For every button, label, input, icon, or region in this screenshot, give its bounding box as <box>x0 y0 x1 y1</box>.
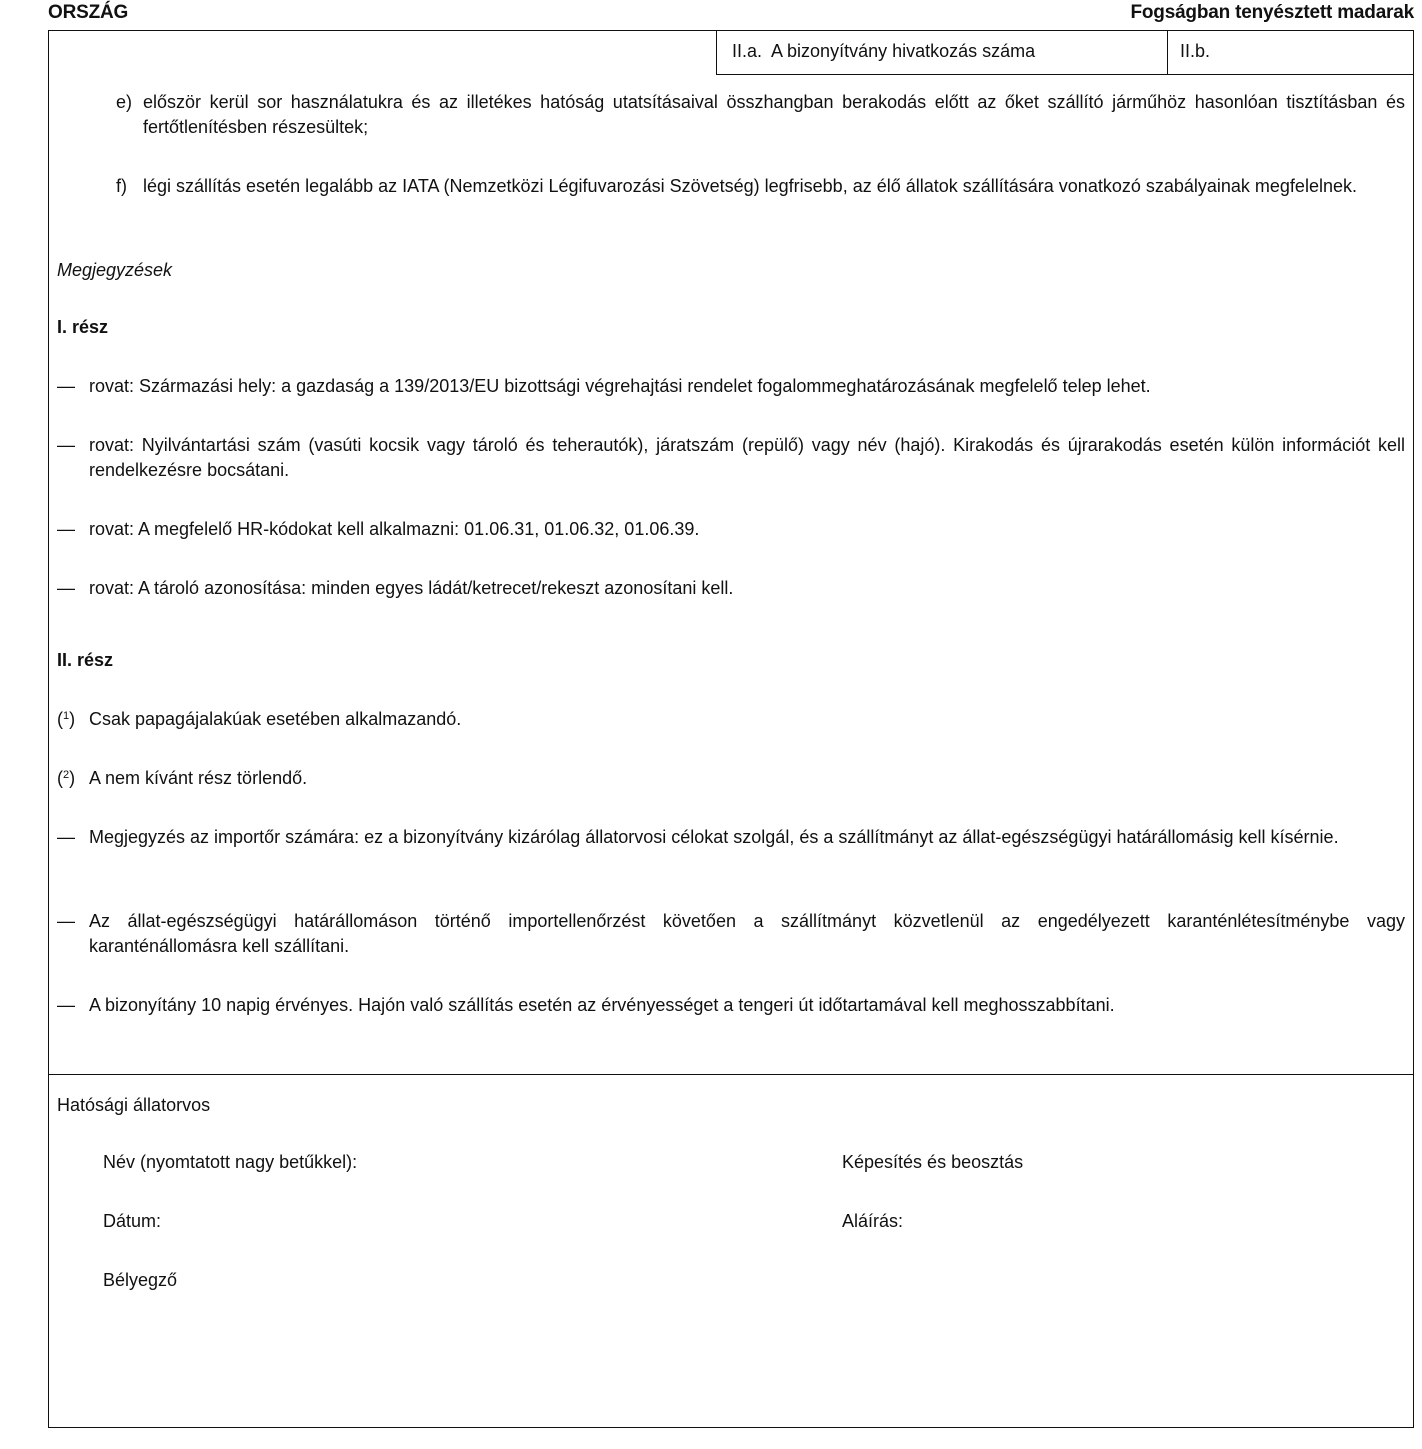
condition-text: először kerül sor használatukra és az il… <box>116 90 1405 140</box>
footnote-text: A nem kívánt rész törlendő. <box>57 766 1405 791</box>
dash-bullet-icon: — <box>57 576 75 601</box>
name-field-label: Név (nyomtatott nagy betűkkel): <box>103 1150 357 1175</box>
certificate-reference-label: II.a. A bizonyítvány hivatkozás száma <box>732 41 1035 61</box>
footnote-marker: (1) <box>57 707 75 732</box>
official-veterinarian-title: Hatósági állatorvos <box>57 1093 210 1118</box>
note-text: rovat: Származási hely: a gazdaság a 139… <box>57 374 1405 399</box>
note-text: rovat: A tároló azonosítása: minden egye… <box>57 576 1405 601</box>
notes-title: Megjegyzések <box>57 258 172 283</box>
date-field-label: Dátum: <box>103 1209 161 1234</box>
part2-note-item: — Az állat-egészségügyi határállomáson t… <box>57 909 1405 959</box>
document-title: Fogságban tenyésztett madarak <box>1130 2 1414 24</box>
dash-bullet-icon: — <box>57 517 75 542</box>
part2-heading: II. rész <box>57 648 113 673</box>
section-iib-cell: II.b. <box>1167 30 1414 75</box>
footnote-item: (1) Csak papagájalakúak esetében alkalma… <box>57 707 1405 732</box>
part1-note-item: — rovat: Származási hely: a gazdaság a 1… <box>57 374 1405 399</box>
country-label: ORSZÁG <box>48 2 128 24</box>
stamp-field-label: Bélyegző <box>103 1268 177 1293</box>
signature-field-label: Aláírás: <box>842 1209 903 1234</box>
part1-heading: I. rész <box>57 315 108 340</box>
note-text: Az állat-egészségügyi határállomáson tör… <box>57 909 1405 959</box>
part2-note-item: — Megjegyzés az importőr számára: ez a b… <box>57 825 1405 850</box>
footnote-item: (2) A nem kívánt rész törlendő. <box>57 766 1405 791</box>
dash-bullet-icon: — <box>57 433 75 458</box>
footnote-number: 1 <box>63 710 69 722</box>
qualification-field-label: Képesítés és beosztás <box>842 1150 1023 1175</box>
part1-note-item: — rovat: A tároló azonosítása: minden eg… <box>57 576 1405 601</box>
dash-bullet-icon: — <box>57 993 75 1018</box>
condition-marker: f) <box>116 174 127 199</box>
footnote-number: 2 <box>63 769 69 781</box>
section-iib-label: II.b. <box>1180 41 1210 61</box>
note-text: rovat: Nyilvántartási szám (vasúti kocsi… <box>57 433 1405 483</box>
footnote-text: Csak papagájalakúak esetében alkalmazand… <box>57 707 1405 732</box>
note-text: rovat: A megfelelő HR-kódokat kell alkal… <box>57 517 1405 542</box>
note-text: A bizonyítány 10 napig érvényes. Hajón v… <box>57 993 1405 1018</box>
footnote-marker: (2) <box>57 766 75 791</box>
condition-item-e: e) először kerül sor használatukra és az… <box>116 90 1405 140</box>
note-text: Megjegyzés az importőr számára: ez a biz… <box>57 825 1405 850</box>
condition-item-f: f) légi szállítás esetén legalább az IAT… <box>116 174 1405 199</box>
signature-section-divider <box>48 1074 1414 1075</box>
dash-bullet-icon: — <box>57 374 75 399</box>
part2-note-item: — A bizonyítány 10 napig érvényes. Hajón… <box>57 993 1405 1018</box>
dash-bullet-icon: — <box>57 825 75 850</box>
part1-note-item: — rovat: Nyilvántartási szám (vasúti koc… <box>57 433 1405 483</box>
part1-note-item: — rovat: A megfelelő HR-kódokat kell alk… <box>57 517 1405 542</box>
condition-marker: e) <box>116 90 132 115</box>
dash-bullet-icon: — <box>57 909 75 934</box>
condition-text: légi szállítás esetén legalább az IATA (… <box>116 174 1405 199</box>
certificate-reference-cell: II.a. A bizonyítvány hivatkozás száma <box>716 30 1168 75</box>
